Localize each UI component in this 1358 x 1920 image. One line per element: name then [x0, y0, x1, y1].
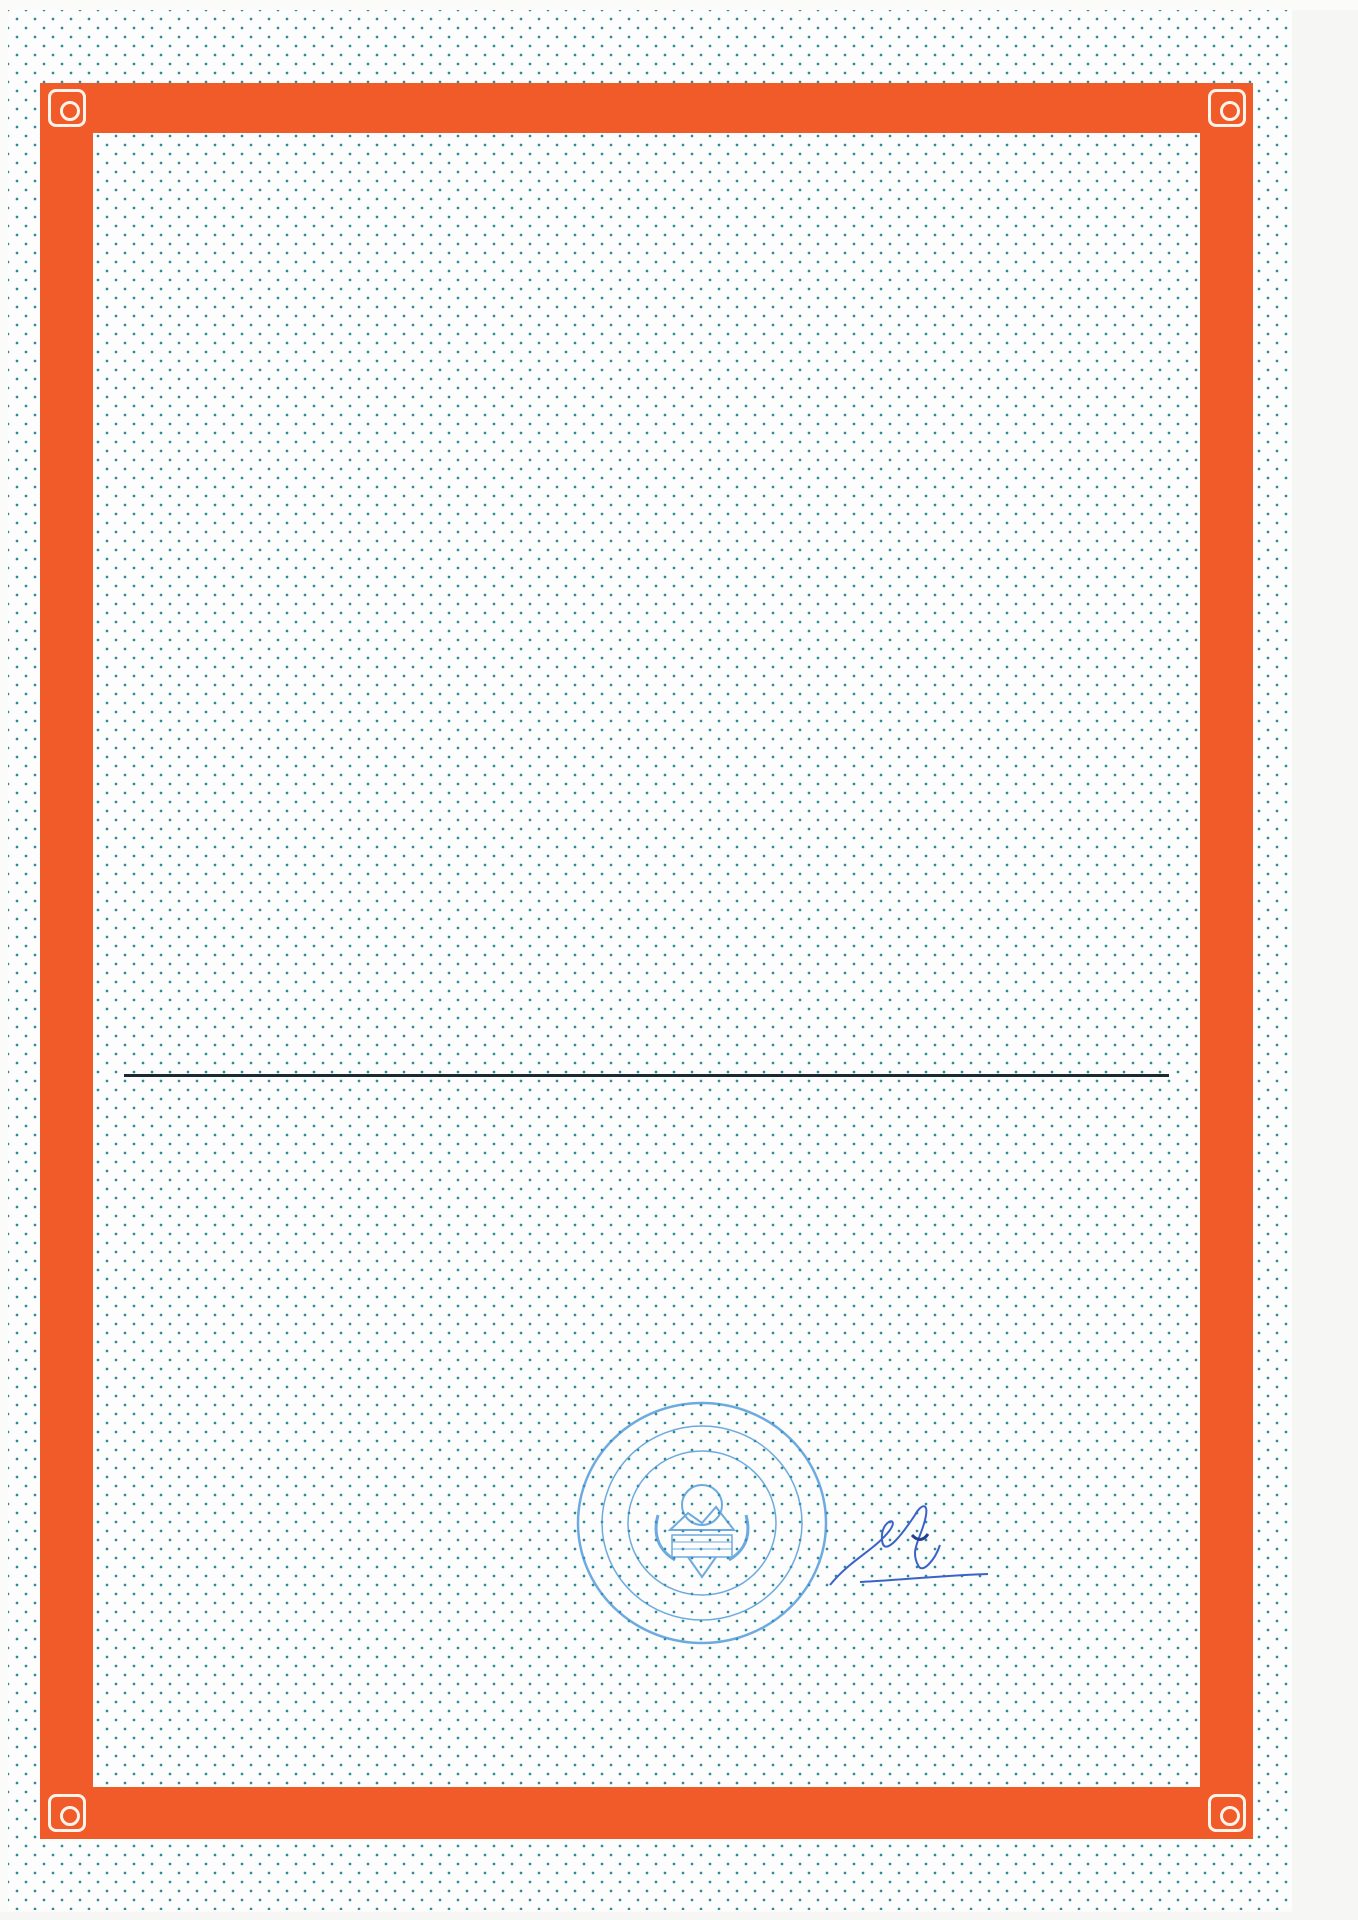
corner-ornament-icon [48, 89, 86, 127]
recipient-fill-line [124, 1074, 1169, 1077]
corner-ornament-icon [48, 1794, 86, 1832]
handwritten-signature [820, 1490, 990, 1600]
corner-ornament-icon [1208, 1794, 1246, 1832]
scan-margin-bottom [0, 1912, 1358, 1920]
official-stamp-icon [570, 1395, 835, 1650]
border-bottom-meander [40, 1787, 1253, 1839]
scan-margin [1292, 10, 1358, 1920]
border-top-meander [40, 83, 1253, 133]
border-right-meander [1200, 83, 1253, 1839]
border-left-meander [40, 83, 93, 1839]
corner-ornament-icon [1208, 89, 1246, 127]
